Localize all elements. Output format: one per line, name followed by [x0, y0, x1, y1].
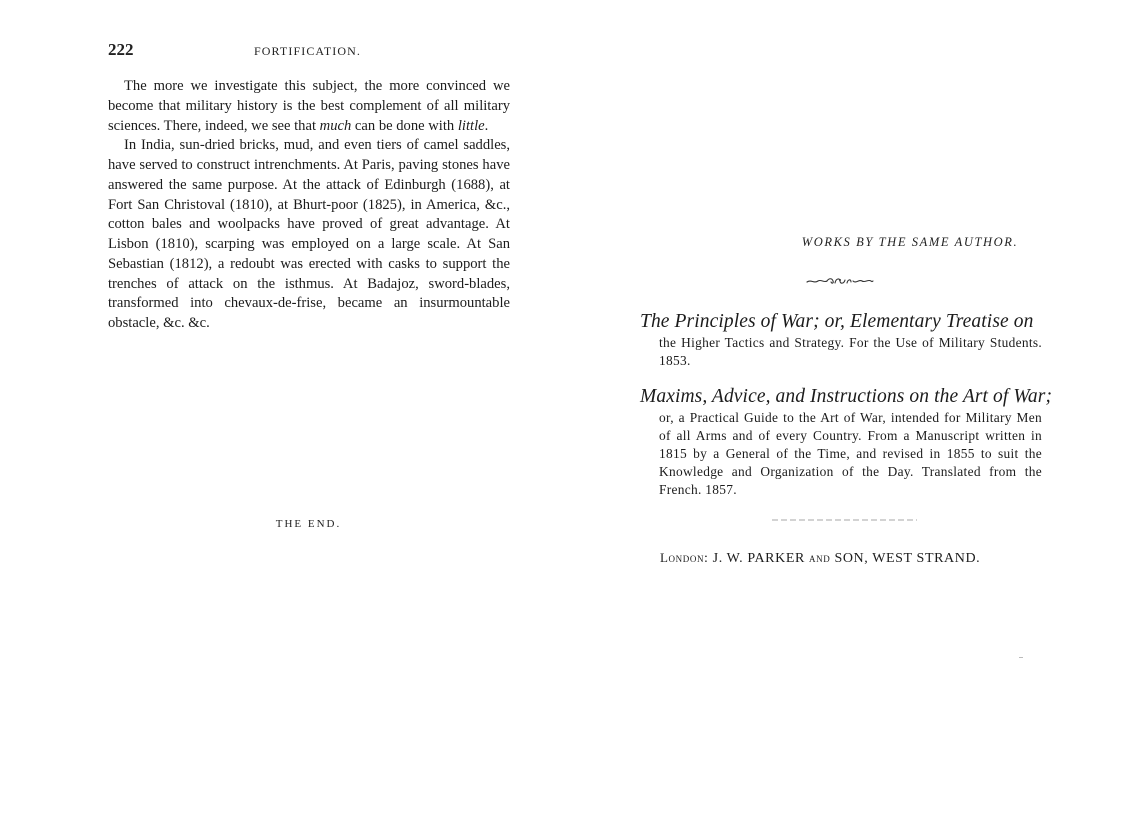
- paragraph-1: The more we investigate this subject, th…: [108, 77, 510, 136]
- imprint-publisher: J. W. PARKER: [713, 551, 805, 566]
- page-number: 222: [108, 40, 134, 60]
- works-heading: WORKS BY THE SAME AUTHOR.: [700, 235, 1120, 250]
- emphasis-much: much: [320, 118, 352, 134]
- ornament-flourish-icon: [805, 275, 875, 287]
- book-entry: Maxims, Advice, and Instructions on the …: [640, 385, 1042, 499]
- book-description: or, a Practical Guide to the Art of War,…: [659, 409, 1042, 499]
- book-title: The Principles of War; or, Elementary Tr…: [640, 310, 1042, 334]
- the-end: THE END.: [0, 518, 617, 530]
- emphasis-little: little: [458, 118, 485, 134]
- book-entry: The Principles of War; or, Elementary Tr…: [640, 310, 1042, 370]
- left-page: 222 FORTIFICATION. The more we investiga…: [0, 0, 560, 813]
- paper-speck: [1019, 657, 1023, 658]
- faint-rule-divider: [772, 519, 917, 521]
- right-page: WORKS BY THE SAME AUTHOR. The Principles…: [560, 0, 1125, 813]
- running-head: 222 FORTIFICATION.: [108, 40, 510, 60]
- body-text: The more we investigate this subject, th…: [108, 77, 510, 334]
- imprint-city: London: [660, 550, 704, 565]
- book-title: Maxims, Advice, and Instructions on the …: [640, 385, 1042, 409]
- book-description: the Higher Tactics and Strategy. For the…: [659, 334, 1042, 370]
- publisher-imprint: London: J. W. PARKER and SON, WEST STRAN…: [660, 550, 1040, 567]
- running-title: FORTIFICATION.: [254, 44, 361, 59]
- paragraph-2: In India, sun-dried bricks, mud, and eve…: [108, 136, 510, 334]
